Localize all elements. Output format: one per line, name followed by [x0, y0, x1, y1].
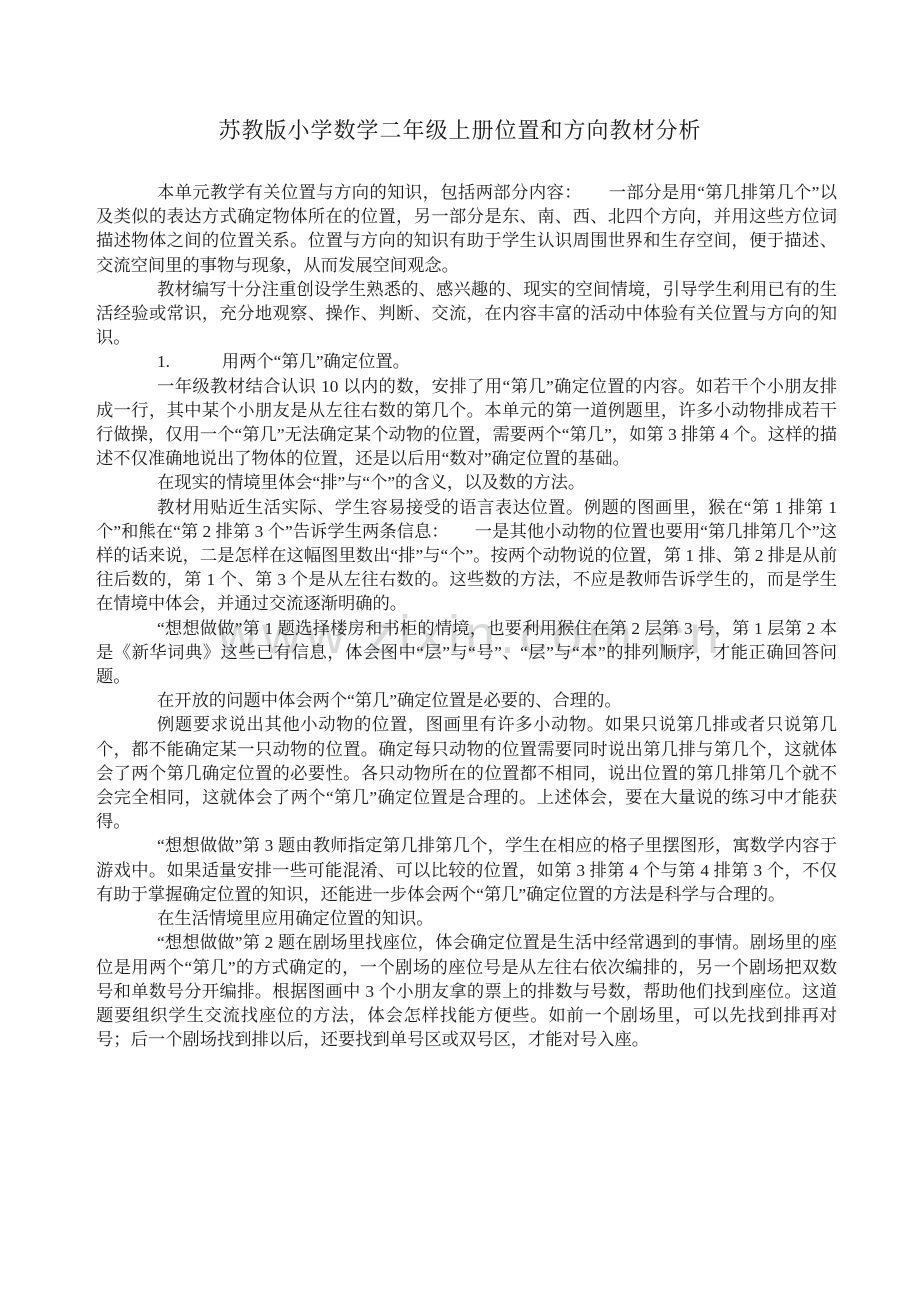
paragraph-life-application: 在生活情境里应用确定位置的知识。: [96, 907, 837, 931]
paragraph-example-language: 教材用贴近生活实际、学生容易接受的语言表达位置。例题的图画里，猴在“第 1 排第…: [96, 496, 837, 617]
paragraph-xiangxiang-1: “想想做做”第 1 题选择楼房和书柜的情境，也要利用猴住在第 2 层第 3 号，…: [96, 617, 837, 690]
paragraph-xiangxiang-2: “想想做做”第 2 题在剧场里找座位，体会确定位置是生活中经常遇到的事情。剧场里…: [96, 931, 837, 1052]
paragraph-intro: 本单元教学有关位置与方向的知识，包括两部分内容： 一部分是用“第几排第几个”以及…: [96, 181, 837, 278]
document-title: 苏教版小学数学二年级上册位置和方向教材分析: [0, 114, 920, 145]
paragraph-row-meaning: 在现实的情境里体会“排”与“个”的含义，以及数的方法。: [96, 471, 837, 495]
paragraph-grade1-review: 一年级教材结合认识 10 以内的数，安排了用“第几”确定位置的内容。如若干个小朋…: [96, 375, 837, 472]
paragraph-overview: 教材编写十分注重创设学生熟悉的、感兴趣的、现实的空间情境，引导学生利用已有的生活…: [96, 278, 837, 351]
paragraph-example-necessity: 例题要求说出其他小动物的位置，图画里有许多小动物。如果只说第几排或者只说第几个，…: [96, 713, 837, 834]
document-page: 苏教版小学数学二年级上册位置和方向教材分析 www.zixin.com.cn 本…: [0, 0, 920, 1302]
document-body: 本单元教学有关位置与方向的知识，包括两部分内容： 一部分是用“第几排第几个”以及…: [96, 181, 837, 1052]
paragraph-xiangxiang-3: “想想做做”第 3 题由教师指定第几排第几个，学生在相应的格子里摆图形，寓数学内…: [96, 834, 837, 907]
paragraph-open-question: 在开放的问题中体会两个“第几”确定位置是必要的、合理的。: [96, 689, 837, 713]
list-item-1-heading: 1. 用两个“第几”确定位置。: [96, 350, 837, 374]
